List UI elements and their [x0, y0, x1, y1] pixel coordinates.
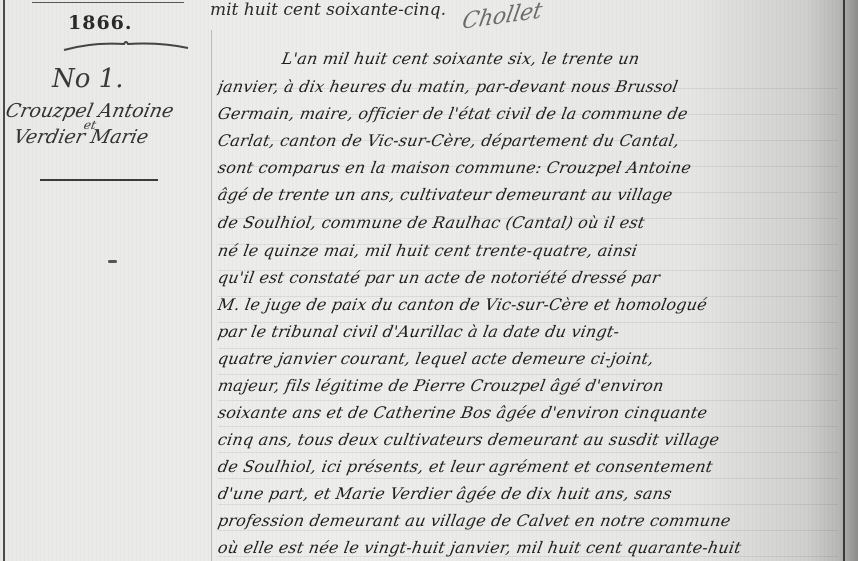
record-line: né le quinze mai, mil huit cent trente-q… — [216, 238, 851, 264]
record-line: de Soulhiol, commune de Raulhac (Cantal)… — [216, 210, 851, 236]
record-line: Germain, maire, officier de l'état civil… — [216, 101, 851, 127]
record-line: âgé de trente un ans, cultivateur demeur… — [216, 182, 851, 208]
ornament-flourish-icon — [62, 38, 190, 52]
page-gutter-shadow — [838, 0, 858, 561]
record-line: sont comparus en la maison commune: Crou… — [216, 155, 851, 181]
register-year: 1866. — [68, 12, 133, 34]
record-line: janvier, à dix heures du matin, par-deva… — [216, 74, 851, 100]
record-line: profession demeurant au village de Calve… — [216, 508, 851, 534]
record-line: cinq ans, tous deux cultivateurs demeura… — [216, 427, 851, 453]
record-line: L'an mil huit cent soixante six, le tren… — [280, 46, 858, 72]
record-line: Carlat, canton de Vic-sur-Cère, départem… — [216, 128, 851, 154]
record-line: quatre janvier courant, lequel acte deme… — [216, 346, 851, 372]
margin-column: 1866. No 1. Crouzpel Antoine et Verdier … — [0, 0, 210, 561]
record-line: de Soulhiol, ici présents, et leur agrém… — [216, 454, 851, 480]
column-divider — [211, 30, 212, 561]
record-line: qu'il est constaté par un acte de notori… — [216, 265, 851, 291]
ink-mark — [108, 260, 117, 263]
record-line: M. le juge de paix du canton de Vic-sur-… — [216, 292, 851, 318]
register-page: 1866. No 1. Crouzpel Antoine et Verdier … — [0, 0, 858, 561]
record-line: par le tribunal civil d'Aurillac à la da… — [216, 319, 851, 345]
printed-header-text: mit huit cent soixante-cinq. — [210, 0, 446, 20]
margin-bride-name: Verdier Marie — [12, 126, 151, 148]
margin-underline — [40, 179, 158, 181]
record-line: où elle est née le vingt-huit janvier, m… — [216, 535, 851, 561]
record-line: d'une part, et Marie Verdier âgée de dix… — [216, 481, 851, 507]
page-binding-edge-right — [843, 0, 845, 561]
record-line: majeur, fils légitime de Pierre Crouzpel… — [216, 373, 851, 399]
margin-top-rule — [32, 2, 184, 3]
entry-number: No 1. — [52, 64, 123, 94]
record-line: soixante ans et de Catherine Bos âgée d'… — [216, 400, 851, 426]
signature: Chollet — [460, 0, 544, 35]
